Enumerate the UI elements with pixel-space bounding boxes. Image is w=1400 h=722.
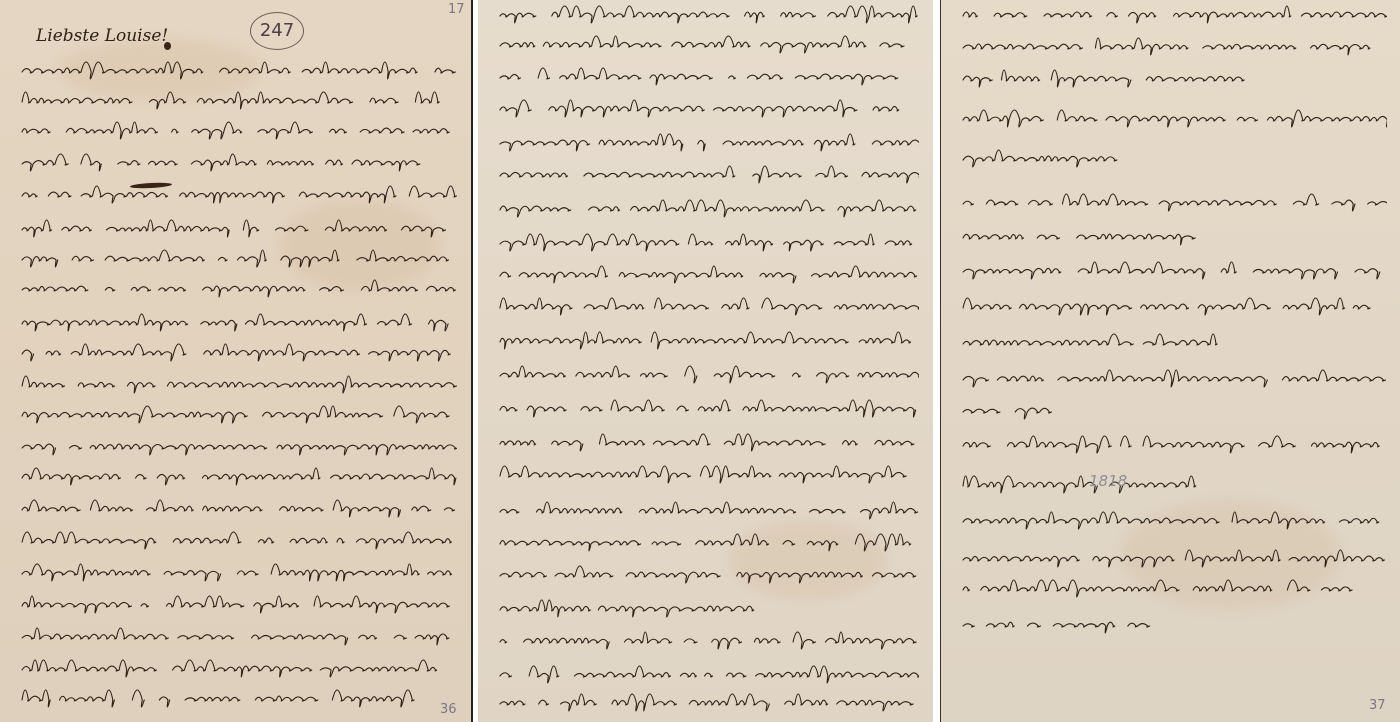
handwritten-line xyxy=(955,566,1387,606)
handwritten-line xyxy=(955,136,1387,176)
handwritten-line xyxy=(955,498,1387,538)
handwritten-line xyxy=(955,462,1387,502)
salutation: Liebste Louise! xyxy=(36,26,168,46)
manuscript-page-2 xyxy=(478,0,933,722)
handwritten-line xyxy=(492,680,919,720)
handwritten-line xyxy=(955,320,1387,360)
handwritten-line xyxy=(955,96,1387,136)
handwritten-line xyxy=(955,602,1387,642)
corner-mark: 17 xyxy=(448,2,465,17)
handwritten-line xyxy=(955,284,1387,324)
handwritten-line xyxy=(955,422,1387,462)
archive-number-circled: 247 xyxy=(250,12,304,50)
handwritten-line xyxy=(955,248,1387,288)
manuscript-page-3: 1818 37 xyxy=(940,0,1400,722)
folio-number: 37 xyxy=(1369,698,1386,713)
handwritten-line xyxy=(492,452,919,492)
folio-number: 36 xyxy=(440,702,457,717)
handwritten-line xyxy=(14,676,457,716)
dateline-year-pencil: 1818 xyxy=(1089,472,1127,490)
handwritten-line xyxy=(955,56,1387,96)
manuscript-page-1: 247 17 Liebste Louise! 36 xyxy=(0,0,473,722)
